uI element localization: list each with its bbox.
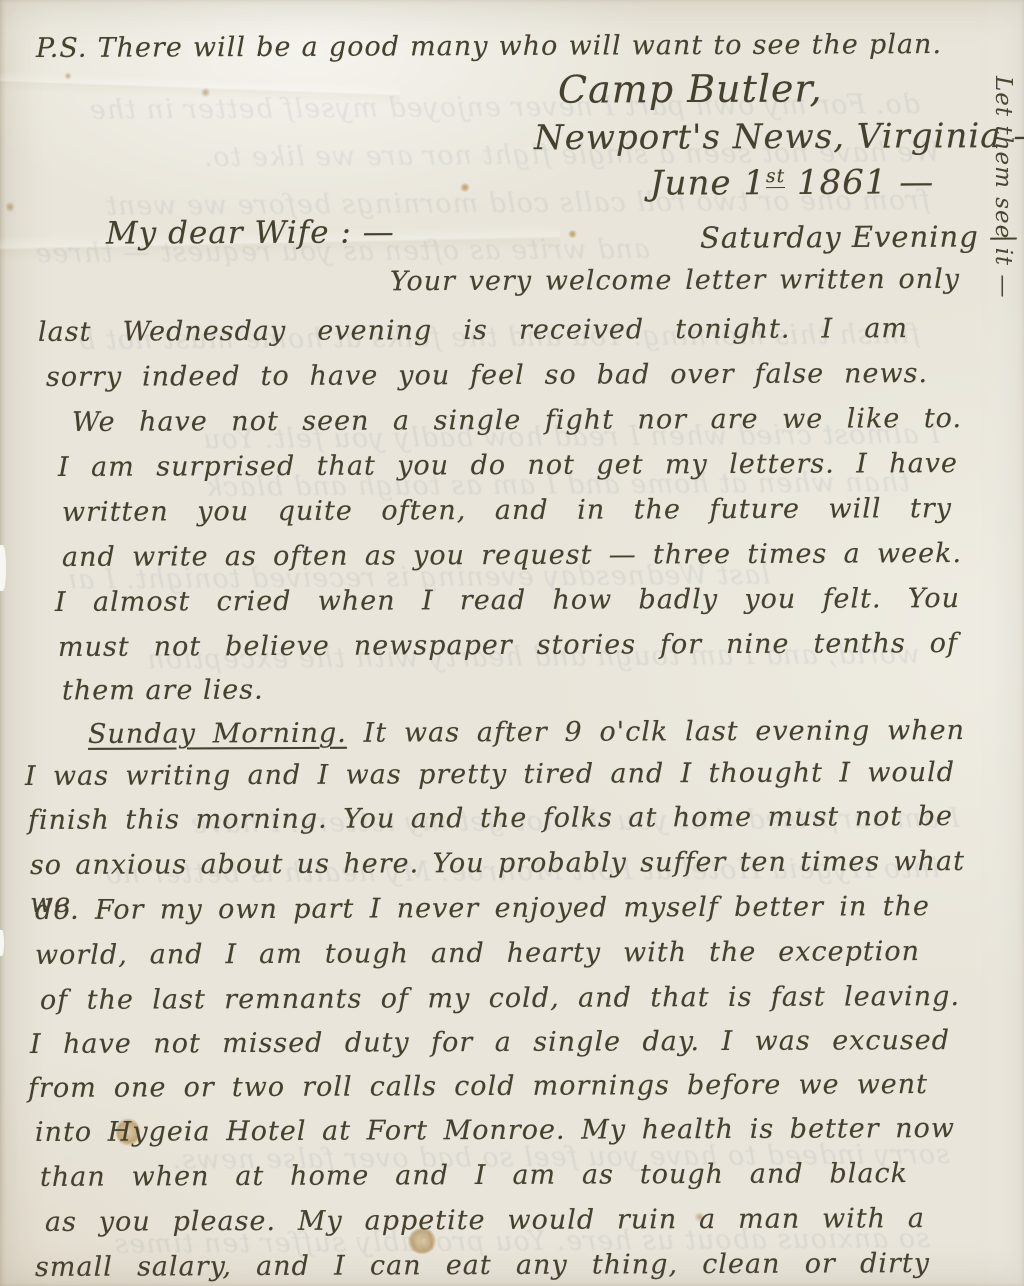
letter-line: finish this morning. You and the folks a…	[28, 798, 953, 840]
letter-line: Sunday Morning. It was after 9 o'clk las…	[88, 712, 965, 754]
heading-date-ordinal: st	[766, 166, 785, 188]
postscript-line: P.S. There will be a good many who will …	[36, 26, 942, 68]
letter-line: I was writing and I was pretty tired and…	[25, 754, 955, 796]
letter-line: Your very welcome letter written only	[390, 261, 960, 301]
letter-line: and write as often as you request — thre…	[62, 535, 962, 577]
age-spot	[460, 183, 470, 192]
section-heading-rest: It was after 9 o'clk last evening when	[347, 715, 965, 749]
letter-line: I have not missed duty for a single day.…	[30, 1022, 950, 1064]
letter-line: do. For my own part I never enjoyed myse…	[35, 888, 930, 930]
heading-camp: Camp Butler,	[558, 69, 823, 108]
letter-line: sorry indeed to have you feel so bad ove…	[46, 355, 928, 397]
age-spot	[568, 230, 577, 238]
age-spot	[6, 200, 14, 214]
time-note: Saturday Evening —	[700, 217, 1019, 256]
letter-line: than when at home and I am as tough and …	[40, 1155, 908, 1197]
letter-line: into Hygeia Hotel at Fort Monroe. My hea…	[35, 1110, 955, 1152]
letter-line: last Wednesday evening is received tonig…	[38, 310, 908, 352]
letter-line: them are lies.	[62, 672, 264, 711]
letter-line: world, and I am tough and hearty with th…	[35, 933, 920, 975]
letter-page: do. For my own part I never enjoyed myse…	[0, 0, 1024, 1286]
letter-line: small salary, and I can eat any thing, c…	[35, 1245, 930, 1286]
heading-date-day: June 1	[650, 163, 766, 204]
paper-edge-chip	[0, 930, 4, 956]
paper-edge-chip	[0, 545, 6, 591]
salutation: My dear Wife : —	[106, 213, 395, 252]
heading-date-year: 1861 —	[785, 162, 934, 203]
heading-date: June 1st 1861 —	[650, 163, 934, 202]
heading-place: Newport's News, Virginia —	[534, 117, 1024, 157]
letter-line: from one or two roll calls cold mornings…	[28, 1066, 928, 1108]
letter-line: of the last remnants of my cold, and tha…	[40, 978, 960, 1020]
letter-line: must not believe newspaper stories for n…	[58, 625, 958, 667]
letter-line: written you quite often, and in the futu…	[62, 490, 952, 532]
margin-note: Let them see it —	[990, 76, 1016, 298]
letter-line: We have not seen a single fight nor are …	[72, 400, 962, 442]
letter-line: I am surprised that you do not get my le…	[58, 445, 958, 487]
letter-line: I almost cried when I read how badly you…	[55, 580, 960, 622]
age-spot	[64, 72, 72, 80]
section-heading: Sunday Morning.	[88, 718, 347, 750]
letter-line: as you please. My appetite would ruin a …	[45, 1200, 925, 1242]
age-spot	[200, 88, 211, 97]
paper-crease	[0, 71, 400, 105]
